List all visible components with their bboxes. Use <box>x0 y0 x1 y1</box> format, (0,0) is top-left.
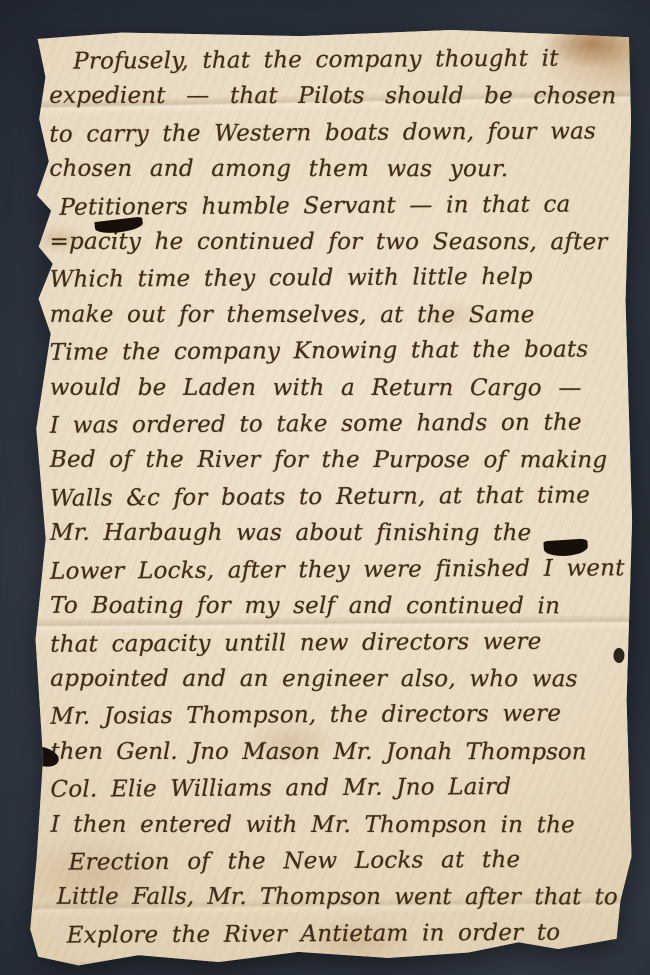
manuscript-paper: Profusely, that the company thought itex… <box>20 21 635 971</box>
manuscript-line: that capacity untill new directors were <box>50 623 620 663</box>
manuscript-line: To Boating for my self and continued in <box>50 588 620 625</box>
manuscript-line: expedient — that Pilots should be chosen <box>49 78 619 115</box>
manuscript-line: Petitioners humble Servant — in that ca <box>49 186 619 226</box>
manuscript-line: Which time they could with little help <box>50 259 620 299</box>
manuscript-line: Erection of the New Locks at the <box>51 841 621 881</box>
manuscript-line: Little Falls, Mr. Thompson went after th… <box>51 879 621 916</box>
manuscript-line: I was ordered to take some hands on the <box>50 404 620 444</box>
manuscript-line: Mr. Josias Thompson, the directors were <box>50 696 620 736</box>
manuscript-line: Time the company Knowing that the boats <box>50 332 620 372</box>
manuscript-line: Walls &c for boats to Return, at that ti… <box>50 477 620 517</box>
manuscript-line: then Genl. Jno Mason Mr. Jonah Thompson <box>50 733 620 770</box>
paper-shadow-wrapper: Profusely, that the company thought itex… <box>0 0 650 975</box>
manuscript-line: make out for themselves, at the Same <box>50 297 620 334</box>
manuscript-line: appointed and an engineer also, who was <box>50 661 620 698</box>
manuscript-line: Mr. Harbaugh was about finishing the <box>50 515 620 552</box>
manuscript-line: Bed of the River for the Purpose of maki… <box>50 442 620 479</box>
manuscript-line: Lower Locks, after they were finished I … <box>50 550 620 590</box>
manuscript-line: would be Laden with a Return Cargo — <box>50 369 620 406</box>
manuscript-line: Explore the River Antietam in order to <box>51 914 621 954</box>
manuscript-text: Profusely, that the company thought itex… <box>49 42 621 953</box>
photo-background: Profusely, that the company thought itex… <box>0 0 650 975</box>
manuscript-line: =pacity he continued for two Seasons, af… <box>50 224 620 261</box>
manuscript-line: chosen and among them was your. <box>49 151 619 188</box>
manuscript-line: Col. Elie Williams and Mr. Jno Laird <box>50 768 620 808</box>
manuscript-line: Profusely, that the company thought it <box>49 40 619 80</box>
manuscript-line: to carry the Western boats down, four wa… <box>49 113 619 153</box>
manuscript-line: I then entered with Mr. Thompson in the <box>51 806 621 843</box>
